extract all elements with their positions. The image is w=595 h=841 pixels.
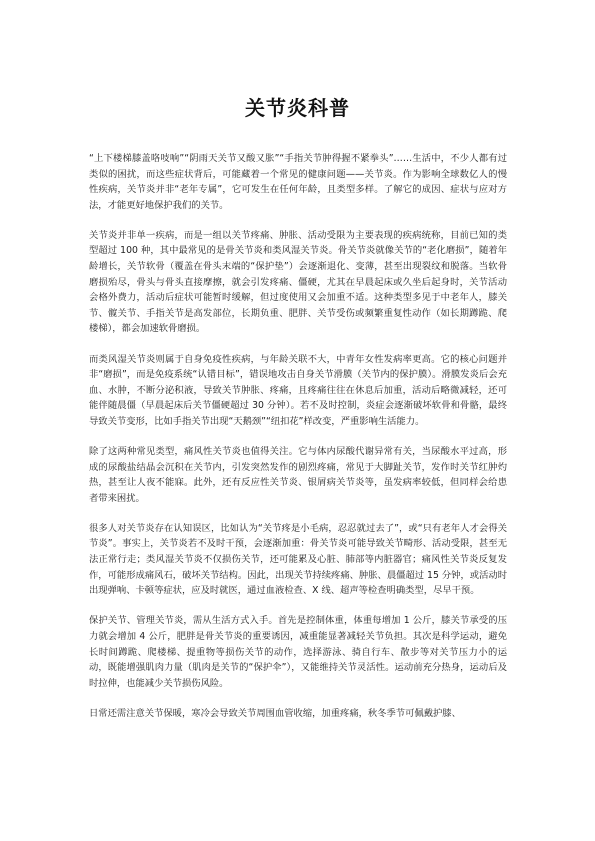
document-body: “上下楼梯膝盖咯吱响”“阴雨天关节又酸又胀”“手指关节肿得握不紧拳头”……生活中… [89,151,507,736]
paragraph-misconceptions: 很多人对关节炎存在认知误区，比如认为“关节疼是小毛病，忍忍就过去了”，或“只有老… [89,521,507,599]
paragraph-intro: “上下楼梯膝盖咯吱响”“阴雨天关节又酸又胀”“手指关节肿得握不紧拳头”……生活中… [89,151,507,213]
paragraph-lifestyle: 保护关节、管理关节炎，需从生活方式入手。首先是控制体重，体重每增加 1 公斤，膝… [89,613,507,691]
document-title: 关节炎科普 [0,92,595,121]
paragraph-rheumatoid-arthritis: 而类风湿关节炎则属于自身免疫性疾病，与年龄关联不大，中青年女性发病率更高。它的核… [89,352,507,430]
paragraph-warmth: 日常还需注意关节保暖，寒冷会导致关节周围血管收缩，加重疼痛，秋冬季节可佩戴护膝、 [89,706,507,722]
paragraph-osteoarthritis: 关节炎并非单一疾病，而是一组以关节疼痛、肿胀、活动受限为主要表现的疾病统称，目前… [89,228,507,337]
document-page: 关节炎科普 “上下楼梯膝盖咯吱响”“阴雨天关节又酸又胀”“手指关节肿得握不紧拳头… [0,0,595,841]
paragraph-gout: 除了这两种常见类型，痛风性关节炎也值得关注。它与体内尿酸代谢异常有关，当尿酸水平… [89,444,507,506]
